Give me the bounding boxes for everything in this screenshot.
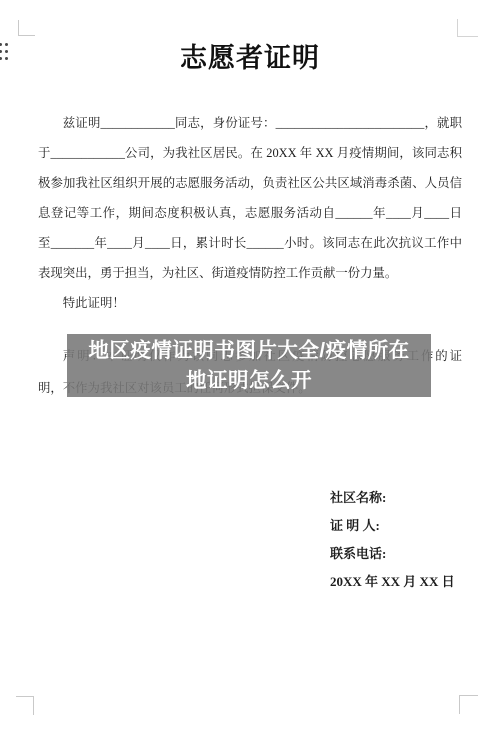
caption-line-2: 地证明怎么开: [186, 366, 312, 396]
crop-mark-top-right: [457, 19, 478, 37]
caption-overlay-band: 地区疫情证明书图片大全/疫情所在 地证明怎么开: [67, 334, 431, 397]
crop-mark-top-left: [18, 20, 35, 36]
body-line: 息登记等工作，期间态度积极认真，志愿服务活动自______年____月____日: [38, 198, 462, 228]
certifier-label: 证 明 人:: [330, 512, 455, 540]
signature-block: 社区名称: 证 明 人: 联系电话: 20XX 年 XX 月 XX 日: [330, 484, 455, 596]
body-line: 于____________公司，为我社区居民。在 20XX 年 XX 月疫情期间…: [38, 138, 462, 168]
crop-mark-bottom-left: [16, 696, 34, 715]
body-line: 表现突出，勇于担当，为社区、街道疫情防控工作贡献一份力量。: [38, 258, 462, 288]
body-line-hereby: 特此证明！: [38, 288, 462, 318]
crop-mark-bottom-right: [459, 695, 478, 714]
document-page: 志愿者证明 兹证明____________同志，身份证号：___________…: [0, 0, 500, 731]
community-name-label: 社区名称:: [330, 484, 455, 512]
date-line: 20XX 年 XX 月 XX 日: [330, 568, 455, 596]
contact-phone-label: 联系电话:: [330, 540, 455, 568]
caption-line-1: 地区疫情证明书图片大全/疫情所在: [88, 336, 409, 366]
body-line: 兹证明____________同志，身份证号：_________________…: [38, 108, 462, 138]
body-line: 极参加我社区组织开展的志愿服务活动，负责社区公共区域消毒杀菌、人员信: [38, 168, 462, 198]
page-title: 志愿者证明: [0, 36, 500, 75]
certificate-body: 兹证明____________同志，身份证号：_________________…: [38, 108, 462, 318]
body-line: 至_______年____月____日，累计时长______小时。该同志在此次抗…: [38, 228, 462, 258]
